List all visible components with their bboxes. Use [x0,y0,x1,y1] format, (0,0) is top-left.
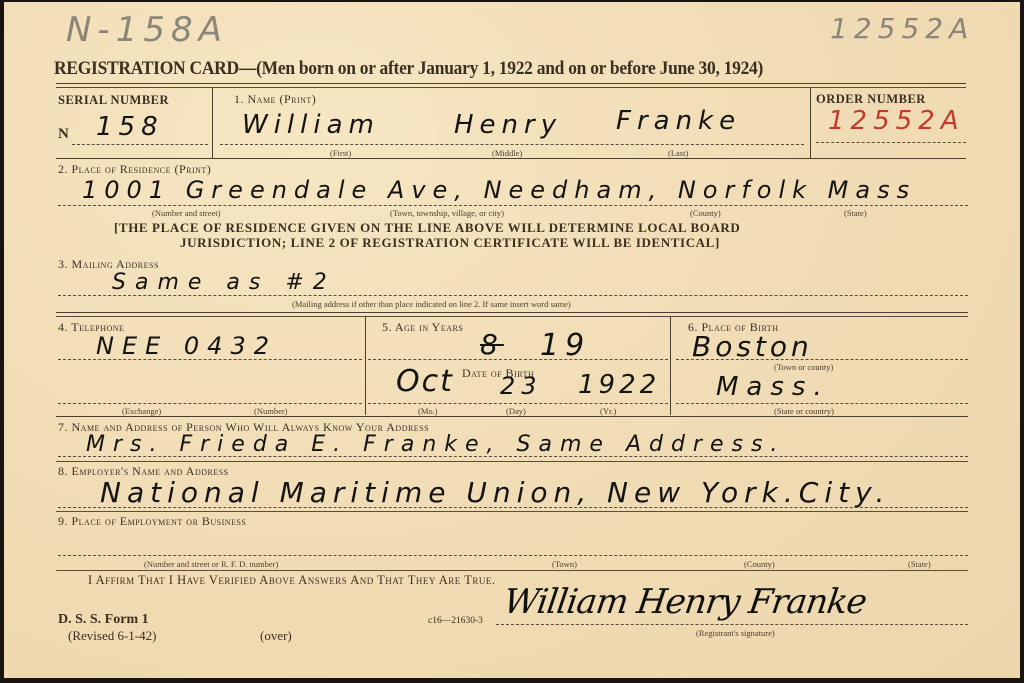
residence-notice-line2: JURISDICTION; LINE 2 OF REGISTRATION CER… [180,235,720,251]
caption-birth-town: (Town or county) [774,362,833,372]
registrant-signature: William Henry Franke [501,582,868,622]
mailing-caption: (Mailing address if other than place ind… [292,299,571,309]
over-note: (over) [260,628,292,644]
employer-value: National Maritime Union, New York.City. [100,476,890,509]
order-number-value: 12552A [828,106,965,136]
caption-first: (First) [330,148,351,158]
caption-middle: (Middle) [492,148,522,158]
employment-place-label: 9. Place of Employment or Business [58,514,246,529]
age-label: 5. Age in Years [382,320,463,335]
signature-caption: (Registrant's signature) [696,628,775,638]
caption-day: (Day) [506,406,526,416]
contact-value: Mrs. Frieda E. Franke, Same Address. [86,432,785,457]
residence-label: 2. Place of Residence (Print) [58,162,211,177]
residence-notice-line1: [THE PLACE OF RESIDENCE GIVEN ON THE LIN… [114,220,740,236]
serial-number-label: SERIAL NUMBER [58,93,169,108]
pencil-annotation-left: N-158A [66,10,228,50]
caption-exchange: (Exchange) [122,406,161,416]
pencil-annotation-right: 12552A [830,12,974,45]
caption-number: (Number) [254,406,288,416]
affirmation-text: I Affirm That I Have Verified Above Answ… [88,573,495,588]
name-first: William [242,110,380,140]
serial-number-value: 158 [96,112,164,142]
serial-prefix: N [58,126,69,143]
dob-day: 23 [500,372,543,400]
name-middle: Henry [454,110,562,140]
dob-month: Oct [396,364,454,399]
residence-value: 1001 Greendale Ave, Needham, Norfolk Mas… [82,176,916,204]
caption-town: (Town, township, village, or city) [390,208,504,218]
caption-county: (County) [690,208,721,218]
caption-birth-state: (State or country) [774,406,834,416]
age-struck-value: 8 [480,328,504,361]
caption-employment-county: (County) [744,559,775,569]
caption-street: (Number and street) [152,208,220,218]
caption-month: (Mo.) [418,406,438,416]
name-label: 1. Name (Print) [234,92,316,107]
caption-employment-town: (Town) [552,559,577,569]
order-number-label: ORDER NUMBER [816,92,926,107]
caption-last: (Last) [668,148,688,158]
age-value: 19 [540,328,590,363]
card-title: REGISTRATION CARD—(Men born on or after … [54,58,763,80]
form-number: D. S. S. Form 1 [58,612,149,628]
mailing-value: Same as #2 [112,270,336,295]
form-revised: (Revised 6-1-42) [68,628,156,644]
birthplace-state: Mass. [716,372,830,402]
dob-year: 1922 [578,370,660,400]
caption-employment-state: (State) [908,559,931,569]
registration-card: N-158A 12552A REGISTRATION CARD—(Men bor… [4,2,1020,678]
name-last: Franke [616,106,741,136]
caption-state: (State) [844,208,867,218]
telephone-value: NEE 0432 [96,332,277,360]
caption-year: (Yr.) [600,406,616,416]
caption-employment-street: (Number and street or R. F. D. number) [144,559,278,569]
print-code: c16—21630-3 [428,616,483,626]
